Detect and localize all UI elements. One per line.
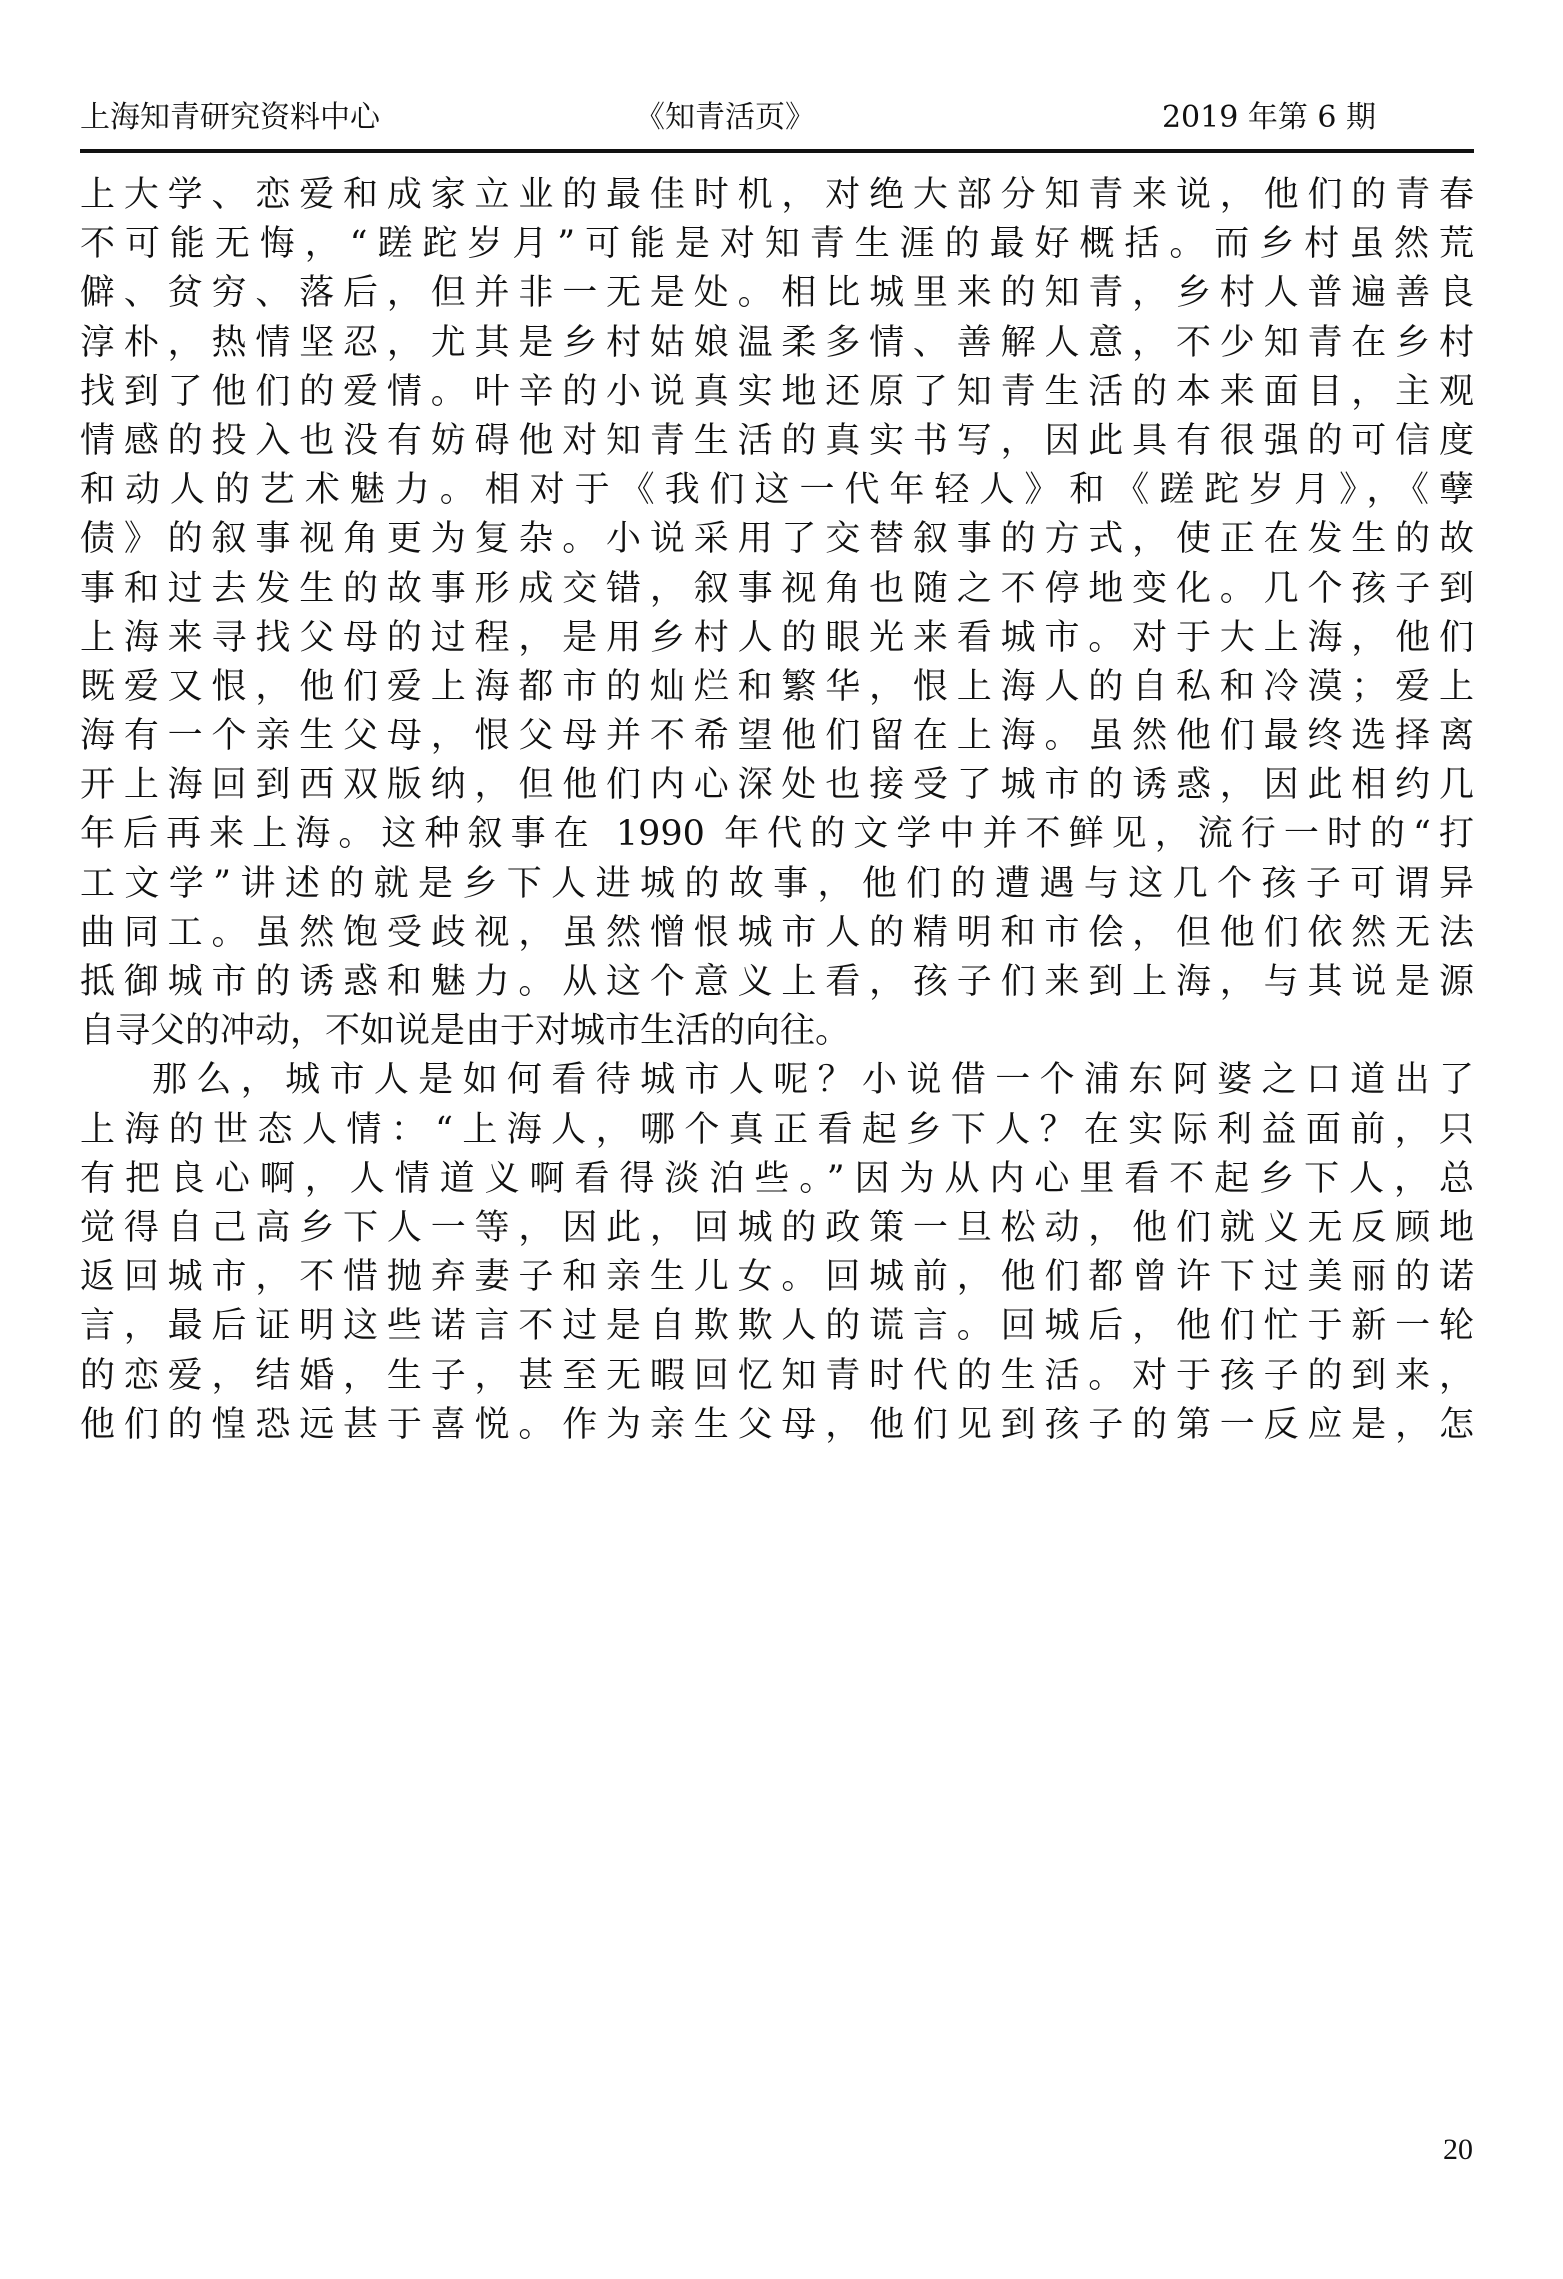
text-line: 返回城市，不惜抛弃妻子和亲生儿女。回城前，他们都曾许下过美丽的诺 — [80, 1253, 1474, 1302]
header-organization: 上海知青研究资料中心 — [80, 96, 380, 140]
text-line: 开上海回到西双版纳，但他们内心深处也接受了城市的诱惑，因此相约几 — [80, 761, 1474, 810]
text-line: 年后再来上海。这种叙事在 1990 年代的文学中并不鲜见，流行一时的“打 — [80, 810, 1474, 859]
page-number: 20 — [1443, 2130, 1473, 2170]
text-line: 上海的世态人情：“上海人，哪个真正看起乡下人？在实际利益面前，只 — [80, 1106, 1474, 1155]
header-publication-title: 《知青活页》 — [635, 96, 815, 140]
header-issue: 2019 年第 6 期 — [1162, 96, 1376, 140]
text-line: 不可能无悔，“蹉跎岁月”可能是对知青生涯的最好概括。而乡村虽然荒 — [80, 220, 1474, 269]
text-line: 有把良心啊，人情道义啊看得淡泊些。”因为从内心里看不起乡下人，总 — [80, 1155, 1474, 1204]
text-line-paragraph-end: 自寻父的冲动，不如说是由于对城市生活的向往。 — [80, 1007, 1474, 1056]
text-line: 他们的惶恐远甚于喜悦。作为亲生父母，他们见到孩子的第一反应是，怎 — [80, 1401, 1474, 1450]
text-line: 和动人的艺术魅力。相对于《我们这一代年轻人》和《蹉跎岁月》，《孽 — [80, 466, 1474, 515]
text-line: 觉得自己高乡下人一等，因此，回城的政策一旦松动，他们就义无反顾地 — [80, 1204, 1474, 1253]
text-line: 既爱又恨，他们爱上海都市的灿烂和繁华，恨上海人的自私和冷漠；爱上 — [80, 663, 1474, 712]
text-line-paragraph-start: 那么，城市人是如何看待城市人呢？小说借一个浦东阿婆之口道出了 — [80, 1056, 1474, 1105]
text-line: 上大学、恋爱和成家立业的最佳时机，对绝大部分知青来说，他们的青春 — [80, 171, 1474, 220]
article-body: 上大学、恋爱和成家立业的最佳时机，对绝大部分知青来说，他们的青春 不可能无悔，“… — [80, 171, 1474, 1450]
text-line: 言，最后证明这些诺言不过是自欺欺人的谎言。回城后，他们忙于新一轮 — [80, 1302, 1474, 1351]
text-line: 抵御城市的诱惑和魅力。从这个意义上看，孩子们来到上海，与其说是源 — [80, 958, 1474, 1007]
text-line: 海有一个亲生父母，恨父母并不希望他们留在上海。虽然他们最终选择离 — [80, 712, 1474, 761]
page-header: 上海知青研究资料中心 《知青活页》 2019 年第 6 期 — [80, 96, 1474, 140]
text-line: 的恋爱，结婚，生子，甚至无暇回忆知青时代的生活。对于孩子的到来， — [80, 1352, 1474, 1401]
header-divider — [80, 149, 1474, 153]
text-line: 工文学”讲述的就是乡下人进城的故事，他们的遭遇与这几个孩子可谓异 — [80, 860, 1474, 909]
text-line: 僻、贫穷、落后，但并非一无是处。相比城里来的知青，乡村人普遍善良 — [80, 269, 1474, 318]
text-line: 曲同工。虽然饱受歧视，虽然憎恨城市人的精明和市侩，但他们依然无法 — [80, 909, 1474, 958]
text-line: 情感的投入也没有妨碍他对知青生活的真实书写，因此具有很强的可信度 — [80, 417, 1474, 466]
text-line: 债》的叙事视角更为复杂。小说采用了交替叙事的方式，使正在发生的故 — [80, 515, 1474, 564]
text-line: 找到了他们的爱情。叶辛的小说真实地还原了知青生活的本来面目，主观 — [80, 368, 1474, 417]
text-line: 事和过去发生的故事形成交错，叙事视角也随之不停地变化。几个孩子到 — [80, 565, 1474, 614]
text-line: 淳朴，热情坚忍，尤其是乡村姑娘温柔多情、善解人意，不少知青在乡村 — [80, 319, 1474, 368]
text-line: 上海来寻找父母的过程，是用乡村人的眼光来看城市。对于大上海，他们 — [80, 614, 1474, 663]
